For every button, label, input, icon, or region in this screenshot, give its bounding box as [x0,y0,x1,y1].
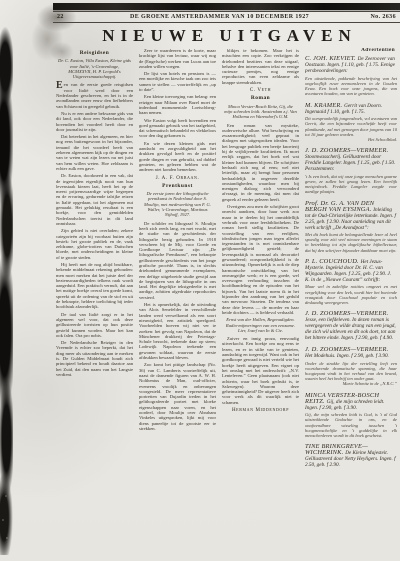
scan-speckle-artifact [2,519,4,521]
issue-number: No. 2636 [356,14,396,20]
body-paragraph: De taal van Italië zorgt er in het algem… [56,312,133,338]
scan-top-band-artifact [53,3,400,10]
advertisement: J. D. ZOOMERS—VERMEER. Jesse, een liefde… [305,311,397,341]
advertisement: TINE BRINKGREVE—WICHERINK. De Kleine Maj… [305,444,397,468]
ad-author: M. KRAMER. [305,102,344,109]
body-paragraph: Zoo komt het pittige landschap (No. 36) … [139,362,216,431]
ad-author: Prof. Dr. G. A. VAN DEN BERGH VAN EYSING… [305,200,374,213]
body-paragraph: Zuiver en innig proza, eenvoudig uitverk… [222,336,299,405]
book-reference: De eerste jaren der lithografische prent… [141,191,214,217]
section-heading: Reisgidsen [56,51,133,56]
section-heading: Roman [222,96,299,101]
body-paragraph: Een van de eerste goede reisgidsen voor … [56,82,133,108]
advertisement: M. KRAMER. Gerrit van Doorn. Ingenaaid f… [305,103,397,143]
advertisement: J. D. ZOOMERS—VERMEER. Stoomwasscherij. … [305,148,397,194]
ad-author: MINCA VERSTER-BOSCH REITZ. [305,392,379,405]
body-paragraph: Een kleine toevoeging van belang: een re… [139,94,216,115]
ad-review-attribution: Het Schoolblad. [305,137,397,142]
ad-lead: C. JOH. KIEVIET. De Zeeroover van Oostza… [305,56,397,74]
reviewer-signature: J. A. F. Orbaan. [139,176,216,181]
ad-lead: Prof. Dr. G. A. VAN DEN BERGH VAN EYSING… [305,201,397,231]
book-reference: Dr. C. Easton, Villa Easton, Kleine gids… [58,58,131,79]
text-column-3: blikjes te bekomen. Maar het is misschie… [222,48,299,468]
ad-author: J. D. ZOOMERS—VERMEER. [305,346,388,353]
ad-review-quote: Een uitstekende, pakkende beschrijving v… [305,76,397,97]
body-paragraph: Dat beteekent in het algemeen, en hier n… [56,134,133,171]
advertisement: P. L. COUCHOUD. Het Jezus-Mysterie. Inge… [305,259,397,305]
advertisement: C. JOH. KIEVIET. De Zeeroover van Oostza… [305,56,397,96]
page-headline: NIEUWE UITGAVEN [53,26,400,44]
ad-review-quote: Maar wel in zakelijke notities omgezet e… [305,284,397,305]
ad-review-quote: Dit oorspronkelijk jongensboek, vol avon… [305,116,397,137]
ads-list: C. JOH. KIEVIET. De Zeeroover van Oostza… [305,56,397,468]
ad-review-attribution: Marie Schmitz in de „N.R.C.” [305,381,397,386]
advertisement: Prof. Dr. G. A. VAN DEN BERGH VAN EYSING… [305,201,397,253]
ad-lead: J. D. ZOOMERS—VERMEER. Jesse, een liefde… [305,311,397,341]
masthead: 22 DE GROENE AMSTERDAMMER VAN 10 DECEMBE… [53,11,400,23]
body-paragraph: Nu is er een andere bekwame gids van dit… [56,111,133,132]
book-reference: Minca Verster-Bosch Reitz, Gij, die mijn… [224,104,297,120]
ad-review-quote: Onder de strakke lijn der vertelling lee… [305,361,397,382]
ad-lead: J. D. ZOOMERS—VERMEER. Het Modehuis. Ing… [305,347,397,359]
body-paragraph: Wie Easton volgt heeft bovendien een goe… [139,118,216,139]
reviewer-signature: Herman Middendorp [222,408,299,413]
ad-author: P. L. COUCHOUD. [305,258,361,265]
body-paragraph: Overigens zou men de schrijfster groot o… [222,204,299,315]
scanned-newspaper-page: 22 DE GROENE AMSTERDAMMER VAN 10 DECEMBE… [0,0,400,561]
advertisement: J. D. ZOOMERS—VERMEER. Het Modehuis. Ing… [305,347,397,387]
body-paragraph: Een roman van mystieke, ouderwetsche all… [222,123,299,202]
ads-section-header: Advertentiën [305,48,395,53]
body-paragraph: De Nederlandsche Reiziger in den Vreemde… [56,340,133,377]
ad-review-quote: Met dit boek komt de belangstellende lez… [305,232,397,253]
ad-author: J. D. ZOOMERS—VERMEER. [305,147,388,154]
ad-author: TINE BRINKGREVE—WICHERINK. [305,443,368,456]
ad-review-quote: 't Is een boek, dat wij onze jonge mensc… [305,174,397,195]
newspaper-title-dateline: DE GROENE AMSTERDAMMER VAN 10 DECEMBER 1… [83,14,356,20]
advertisement: MINCA VERSTER-BOSCH REITZ. Gij, die mijn… [305,393,397,439]
body-paragraph: Dr. Easton, doorkneed in een vak, dat de… [56,173,133,226]
body-paragraph: De lijst van hotels en pensions is — een… [139,71,216,92]
body-paragraph: Hij heeft met de nog altijd bruikbare, b… [56,262,133,310]
section-heading: Prentkunst [139,184,216,189]
ad-author: C. JOH. KIEVIET. [305,55,358,62]
body-paragraph: Zijn gebied is niet overladen; zekere ca… [56,228,133,260]
ad-lead: TINE BRINKGREVE—WICHERINK. De Kleine Maj… [305,444,397,468]
scan-edge-artifact [0,24,13,555]
ad-author: J. D. ZOOMERS—VERMEER. [305,310,388,317]
ad-lead: M. KRAMER. Gerrit van Doorn. Ingenaaid f… [305,103,397,115]
body-paragraph: Zeer te waardeeren is de korte, maar kra… [139,48,216,69]
ad-lead: J. D. ZOOMERS—VERMEER. Stoomwasscherij. … [305,148,397,172]
ad-review-quote: Gij, die mijn schreden leidt is God, is … [305,412,397,438]
ad-lead: MINCA VERSTER-BOSCH REITZ. Gij, die mijn… [305,393,397,411]
page-number: 22 [57,14,83,20]
ad-lead: P. L. COUCHOUD. Het Jezus-Mysterie. Inge… [305,259,397,283]
text-column-1: ReisgidsenDr. C. Easton, Villa Easton, K… [56,48,133,468]
advertisement-column: Advertentiën C. JOH. KIEVIET. De Zeeroov… [305,48,397,468]
body-paragraph: blikjes te bekomen. Maar het is misschie… [222,48,299,85]
text-column-2: Zeer te waardeeren is de korte, maar kra… [139,48,216,468]
reviewer-signature: C. Veth [222,88,299,93]
body-paragraph: En wie dezen kleinen gids met aandacht e… [139,141,216,173]
drop-cap: E [56,82,64,91]
book-reference: Ernst van der Hallen, Begenadigden. Radi… [224,317,297,333]
body-paragraph: Het is opmerkelijk, dat de uitvinding va… [139,302,216,360]
article-columns: ReisgidsenDr. C. Easton, Villa Easton, K… [56,48,397,468]
body-paragraph: De schilder en lithograaf S. Moulijn hee… [139,221,216,300]
